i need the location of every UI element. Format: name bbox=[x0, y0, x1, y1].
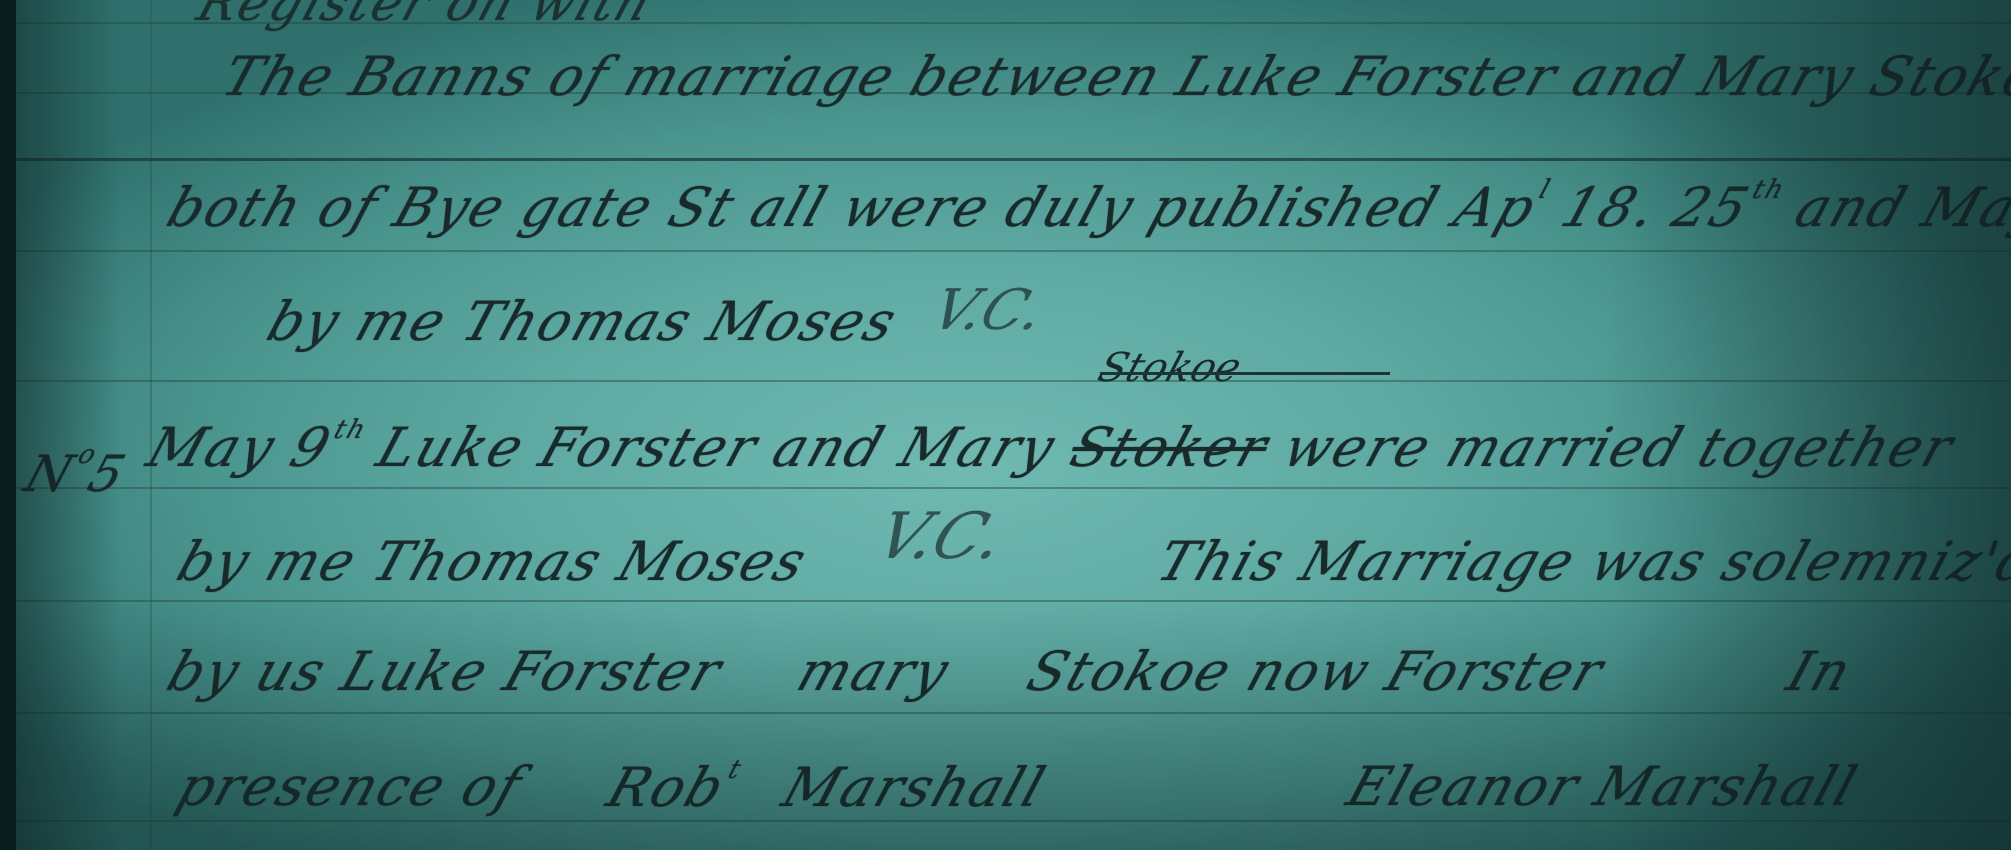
marriage-signatures-line: by us Luke Forster bbox=[160, 640, 731, 703]
bride-surname-signature: Stokoe now Forster bbox=[1020, 640, 1613, 703]
witness-presence-label: presence of bbox=[170, 755, 531, 818]
witness-2: Eleanor Marshall bbox=[1340, 755, 1866, 818]
register-page: Register on with The Banns of marriage b… bbox=[0, 0, 2011, 850]
vicar-mark: V.C. bbox=[923, 278, 1054, 343]
struck-surname: Stoker bbox=[1063, 416, 1277, 479]
vicar-mark-2: V.C. bbox=[867, 500, 1016, 574]
ruled-line bbox=[16, 487, 2011, 489]
ruled-line bbox=[16, 380, 2011, 382]
bride-first-name-signature: mary bbox=[790, 640, 958, 703]
witness-1: Robt Marshall bbox=[600, 755, 1055, 819]
banns-line-2: both of Bye gate St all were duly publis… bbox=[160, 175, 2011, 239]
marriage-line-2: by me Thomas Moses bbox=[170, 530, 816, 593]
ruled-line bbox=[16, 820, 2011, 822]
banns-officiant-line: by me Thomas Moses bbox=[260, 290, 906, 353]
entry-number: No5 bbox=[18, 440, 136, 503]
ruled-line bbox=[16, 600, 2011, 602]
book-binding-edge bbox=[0, 0, 16, 850]
margin-rule bbox=[150, 0, 152, 850]
ruled-line bbox=[16, 158, 2011, 161]
marriage-line-2-solemnized: This Marriage was solemniz'd bbox=[1150, 530, 2011, 593]
marriage-line-1: May 9th Luke Forster and Mary Stoker wer… bbox=[140, 415, 1963, 479]
ruled-line bbox=[16, 712, 2011, 714]
ruled-line bbox=[16, 250, 2011, 252]
inserted-surname-correction: Stokoe bbox=[1093, 345, 1248, 391]
insertion-underline bbox=[1100, 372, 1390, 375]
banns-line-1: The Banns of marriage between Luke Forst… bbox=[215, 45, 2011, 108]
in-word: In bbox=[1780, 640, 1861, 703]
partial-heading-line: Register on with bbox=[191, 0, 662, 32]
